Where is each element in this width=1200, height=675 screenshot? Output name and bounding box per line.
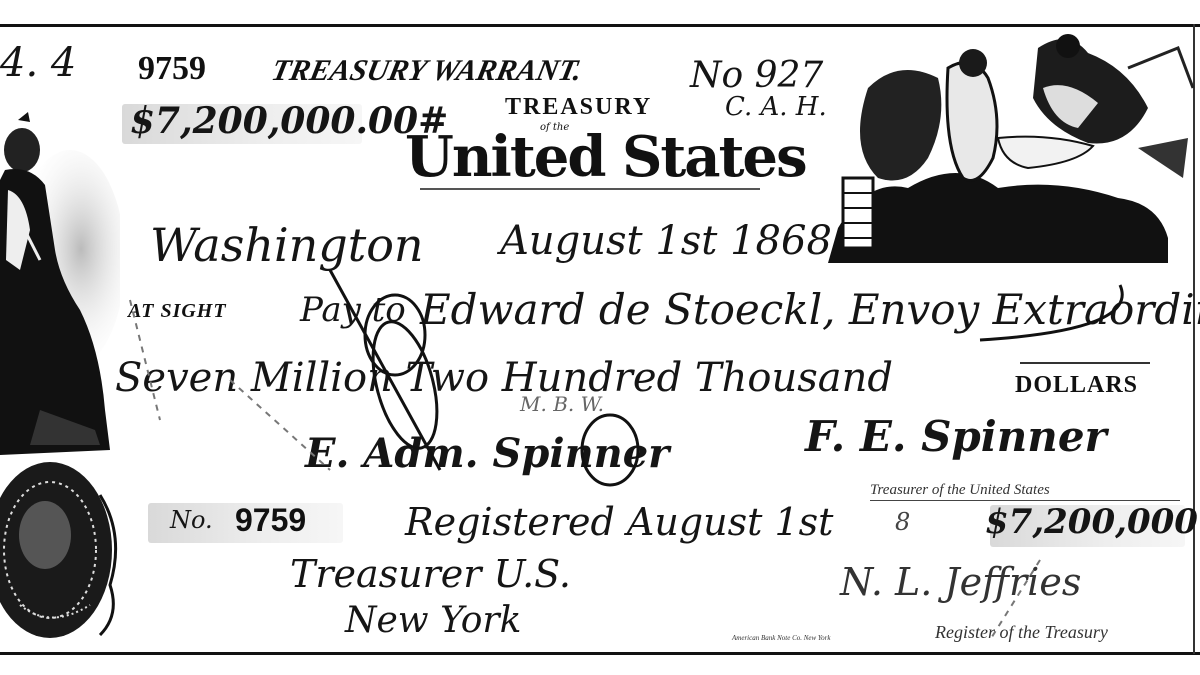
pen-flourishes-overlay <box>0 0 1200 675</box>
